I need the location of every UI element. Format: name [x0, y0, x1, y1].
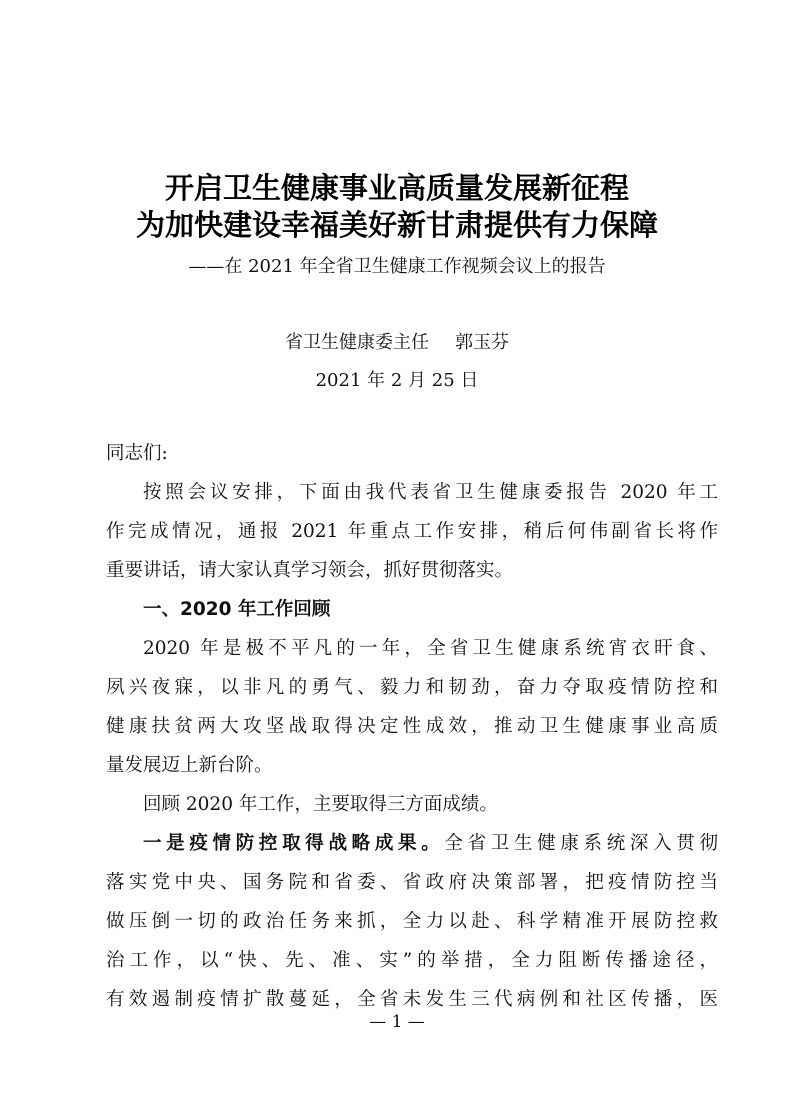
paragraph-line-with-lead: 一是疫情防控取得战略成果。全省卫生健康系统深入贯彻 [106, 824, 718, 863]
paragraph-line: 落实党中央、国务院和省委、省政府决策部署，把疫情防控当 [106, 863, 718, 902]
section-heading: 一、2020 年工作回顾 [106, 590, 718, 629]
bold-lead-text: 一是疫情防控取得战略成果。 [143, 833, 444, 854]
page-number: — 1 — [0, 1012, 794, 1032]
title-line-1: 开启卫生健康事业高质量发展新征程 [0, 166, 794, 207]
author-name: 郭玉芬 [455, 332, 509, 353]
document-page: 开启卫生健康事业高质量发展新征程 为加快建设幸福美好新甘肃提供有力保障 ——在 … [0, 0, 794, 1108]
subtitle: ——在 2021 年全省卫生健康工作视频会议上的报告 [0, 252, 794, 278]
paragraph-line: 重要讲话，请大家认真学习领会，抓好贯彻落实。 [106, 551, 718, 590]
paragraph-line: 作完成情况，通报 2021 年重点工作安排，稍后何伟副省长将作 [106, 512, 718, 551]
paragraph-line: 健康扶贫两大攻坚战取得决定性成效，推动卫生健康事业高质 [106, 707, 718, 746]
document-body: 同志们: 按照会议安排，下面由我代表省卫生健康委报告 2020 年工 作完成情况… [106, 434, 718, 1019]
paragraph-line: 治工作，以“快、先、准、实”的举措，全力阻断传播途径， [106, 941, 718, 980]
paragraph-line: 做压倒一切的政治任务来抓，全力以赴、科学精准开展防控救 [106, 902, 718, 941]
paragraph-text: 全省卫生健康系统深入贯彻 [444, 833, 718, 854]
paragraph-line: 回顾 2020 年工作，主要取得三方面成绩。 [106, 785, 718, 824]
author-position: 省卫生健康委主任 [285, 332, 429, 353]
report-date: 2021 年 2 月 25 日 [0, 366, 794, 392]
paragraph-line: 按照会议安排，下面由我代表省卫生健康委报告 2020 年工 [106, 473, 718, 512]
paragraph-line: 2020 年是极不平凡的一年，全省卫生健康系统宵衣旰食、 [106, 629, 718, 668]
paragraph-line: 夙兴夜寐，以非凡的勇气、毅力和韧劲，奋力夺取疫情防控和 [106, 668, 718, 707]
title-line-2: 为加快建设幸福美好新甘肃提供有力保障 [0, 203, 794, 244]
author-line: 省卫生健康委主任郭玉芬 [0, 328, 794, 354]
paragraph-line: 量发展迈上新台阶。 [106, 746, 718, 785]
salutation: 同志们: [106, 434, 718, 473]
